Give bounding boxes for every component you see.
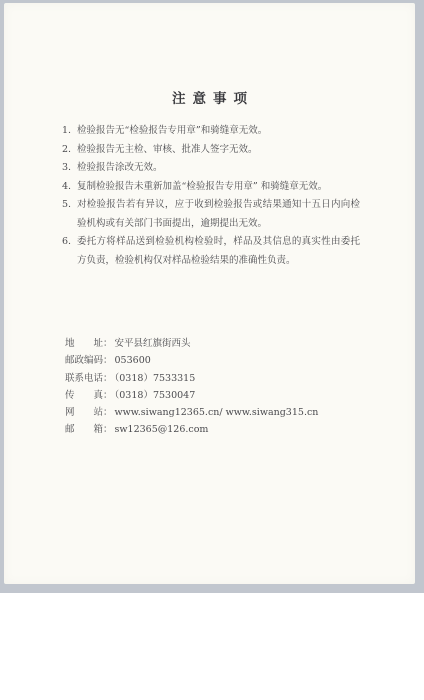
- note-text: 检验报告无主检、审核、批准人签字无效。: [77, 144, 258, 155]
- page-title: 注意事项: [4, 87, 415, 107]
- contact-row-address: 地 址：安平县红旗街西头: [65, 335, 395, 352]
- note-item: 6. 委托方将样品送到检验机构检验时，样品及其信息的真实性由委托方负责，检验机构…: [62, 233, 360, 270]
- note-text: 检验报告涂改无效。: [77, 162, 163, 173]
- contact-value: sw12365@126.com: [115, 424, 209, 435]
- contact-label: 网 站：: [65, 407, 113, 418]
- notes-list: 1. 检验报告无“检验报告专用章”和骑缝章无效。 2. 检验报告无主检、审核、批…: [62, 122, 360, 270]
- note-number: 3.: [62, 159, 75, 178]
- note-item: 5. 对检验报告若有异议，应于收到检验报告或结果通知十五日内向检验机构或有关部门…: [62, 196, 360, 233]
- note-text: 检验报告无“检验报告专用章”和骑缝章无效。: [77, 125, 267, 136]
- contact-value: （0318）7530047: [115, 390, 196, 401]
- contact-row-website: 网 站：www.siwang12365.cn/ www.siwang315.cn: [65, 404, 395, 421]
- note-item: 4. 复制检验报告未重新加盖“检验报告专用章” 和骑缝章无效。: [62, 178, 360, 197]
- document-page: 注意事项 1. 检验报告无“检验报告专用章”和骑缝章无效。 2. 检验报告无主检…: [4, 3, 415, 584]
- note-number: 1.: [62, 122, 75, 141]
- note-text: 复制检验报告未重新加盖“检验报告专用章” 和骑缝章无效。: [77, 181, 327, 192]
- contact-row-email: 邮 箱：sw12365@126.com: [65, 421, 395, 438]
- contact-value: 安平县红旗街西头: [115, 338, 191, 349]
- note-text: 对检验报告若有异议，应于收到检验报告或结果通知十五日内向检验机构或有关部门书面提…: [77, 199, 360, 229]
- contact-label: 联系电话：: [65, 373, 113, 384]
- contact-label: 地 址：: [65, 338, 113, 349]
- contact-row-fax: 传 真：（0318）7530047: [65, 387, 395, 404]
- note-number: 4.: [62, 178, 75, 197]
- contact-label: 邮 箱：: [65, 424, 113, 435]
- note-item: 3. 检验报告涂改无效。: [62, 159, 360, 178]
- screenshot-canvas: 注意事项 1. 检验报告无“检验报告专用章”和骑缝章无效。 2. 检验报告无主检…: [0, 0, 424, 700]
- contact-row-postcode: 邮政编码：053600: [65, 352, 395, 369]
- contact-value: 053600: [115, 355, 151, 366]
- note-number: 5.: [62, 196, 75, 215]
- contact-row-phone: 联系电话：（0318）7533315: [65, 370, 395, 387]
- scan-background: 注意事项 1. 检验报告无“检验报告专用章”和骑缝章无效。 2. 检验报告无主检…: [0, 0, 424, 593]
- contact-block: 地 址：安平县红旗街西头 邮政编码：053600 联系电话：（0318）7533…: [65, 335, 395, 439]
- note-number: 2.: [62, 141, 75, 160]
- note-text: 委托方将样品送到检验机构检验时，样品及其信息的真实性由委托方负责，检验机构仅对样…: [77, 236, 360, 266]
- contact-value: www.siwang12365.cn/ www.siwang315.cn: [115, 407, 319, 418]
- contact-label: 传 真：: [65, 390, 113, 401]
- note-item: 2. 检验报告无主检、审核、批准人签字无效。: [62, 141, 360, 160]
- contact-label: 邮政编码：: [65, 355, 113, 366]
- contact-value: （0318）7533315: [115, 373, 196, 384]
- note-item: 1. 检验报告无“检验报告专用章”和骑缝章无效。: [62, 122, 360, 141]
- note-number: 6.: [62, 233, 75, 252]
